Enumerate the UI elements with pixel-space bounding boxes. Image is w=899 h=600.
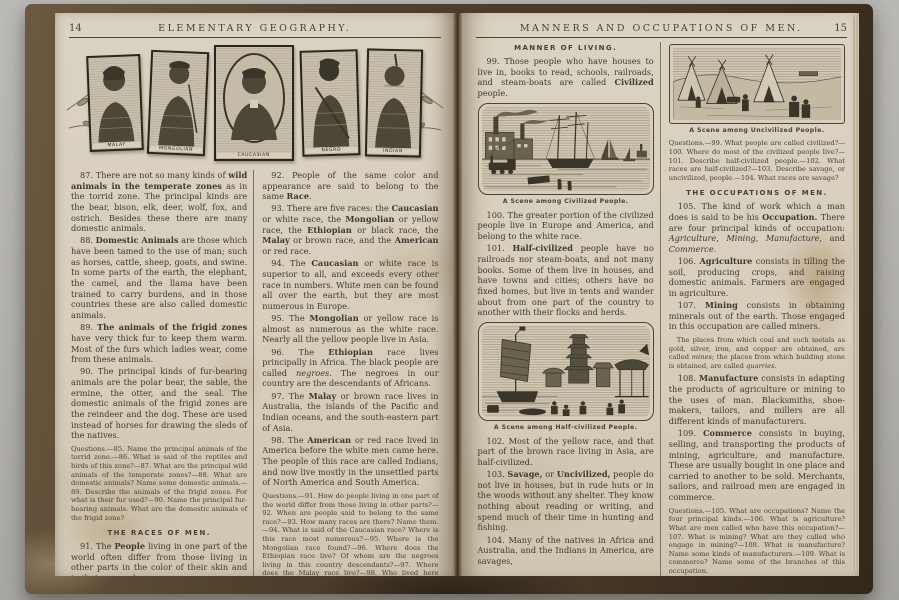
half-civilized-scene-icon <box>482 326 650 417</box>
civilized-scene-engraving: A Scene among Civilized People. <box>478 103 654 205</box>
indian-bust-icon <box>368 51 420 148</box>
paragraph-93: 93. There are five races: the Caucasian … <box>262 203 438 256</box>
uncivilized-scene-engraving: A Scene among Uncivilized People. <box>669 44 845 134</box>
open-pages: 14 ELEMENTARY GEOGRAPHY. <box>55 13 859 576</box>
paragraph-102: 102. Most of the yellow race, and that p… <box>478 436 654 468</box>
book-gutter <box>453 13 462 576</box>
paragraph-91: 91. The People living in one part of the… <box>71 541 247 576</box>
engraving-caption: A Scene among Civilized People. <box>478 198 654 205</box>
paragraph-108: 108. Manufacture consists in adapting th… <box>669 373 845 426</box>
left-column: MANNER OF LIVING. 99. Those people who h… <box>476 42 660 576</box>
header-rule <box>69 37 441 38</box>
paragraph-89: 89. The animals of the frigid zones have… <box>71 322 247 365</box>
portrait-card-negro: NEGRO <box>299 49 360 157</box>
portrait-label: MONGOLIAN <box>150 146 202 153</box>
page-number: 15 <box>817 23 847 34</box>
paragraph-106: 106. Agriculture consists in tilling the… <box>669 256 845 299</box>
running-head: ELEMENTARY GEOGRAPHY. <box>99 23 411 34</box>
running-head: MANNERS AND OCCUPATIONS OF MEN. <box>506 23 818 34</box>
portrait-label: INDIAN <box>368 148 418 154</box>
portrait-label: MALAY <box>92 142 140 149</box>
left-page-header: 14 ELEMENTARY GEOGRAPHY. <box>69 23 441 34</box>
right-page-columns: MANNER OF LIVING. 99. Those people who h… <box>476 42 848 576</box>
caucasian-bust-icon <box>217 48 291 152</box>
portrait-card-malay: MALAY <box>86 54 144 152</box>
right-column: A Scene among Uncivilized People. Questi… <box>660 42 847 576</box>
questions-manner-of-living: Questions.—99. What people are called ci… <box>669 139 845 182</box>
paragraph-103: 103. Savage, or Uncivilized, people do n… <box>478 469 654 533</box>
paragraph-95: 95. The Mongolian or yellow race is almo… <box>262 313 438 345</box>
left-page: 14 ELEMENTARY GEOGRAPHY. <box>55 13 453 576</box>
paragraph-97: 97. The Malay or brown race lives in Aus… <box>262 391 438 434</box>
mines-quarries-note: The places from which coal and such meta… <box>669 336 845 370</box>
portrait-cards: MALAY MONGOLIAN <box>69 42 441 164</box>
engraving-caption: A Scene among Uncivilized People. <box>669 127 845 134</box>
section-heading-occupations: THE OCCUPATIONS OF MEN. <box>669 189 845 197</box>
malay-bust-icon <box>89 57 140 143</box>
paragraph-90: 90. The principal kinds of fur-bearing a… <box>71 366 247 441</box>
header-rule <box>476 37 848 38</box>
section-heading-manner-of-living: MANNER OF LIVING. <box>478 44 654 52</box>
paragraph-92: 92. People of the same color and appeara… <box>262 170 438 202</box>
questions-animals: Questions.—85. Name the principal animal… <box>71 445 247 522</box>
paragraph-105: 105. The kind of work which a man does i… <box>669 201 845 254</box>
civilized-scene-icon <box>482 107 650 191</box>
races-engraving: MALAY MONGOLIAN <box>69 42 441 164</box>
portrait-label: NEGRO <box>305 147 357 153</box>
paragraph-88: 88. Domestic Animals are those which hav… <box>71 235 247 320</box>
negro-bust-icon <box>302 52 357 147</box>
portrait-card-mongolian: MONGOLIAN <box>147 50 209 156</box>
paragraph-96: 96. The Ethiopian race lives principally… <box>262 347 438 390</box>
portrait-card-caucasian: CAUCASIAN <box>214 45 294 161</box>
left-column: 87. There are not so many kinds of wild … <box>69 170 253 576</box>
mongolian-bust-icon <box>150 53 206 147</box>
section-heading-races-of-men: THE RACES OF MEN. <box>71 529 247 537</box>
paragraph-99: 99. Those people who have houses to live… <box>478 56 654 99</box>
paragraph-100: 100. The greater portion of the civilize… <box>478 210 654 242</box>
questions-races: Questions.—91. How do people living in o… <box>262 492 438 576</box>
middle-column: 92. People of the same color and appeara… <box>253 170 440 576</box>
page-number: 14 <box>69 23 99 34</box>
book-photo: 14 ELEMENTARY GEOGRAPHY. <box>25 4 873 594</box>
paragraph-104: 104. Many of the natives in Africa and A… <box>478 535 654 567</box>
portrait-label: CAUCASIAN <box>217 153 291 158</box>
paragraph-98: 98. The American or red race lived in Am… <box>262 435 438 488</box>
half-civilized-scene-engraving: A Scene among Half-civilized People. <box>478 322 654 431</box>
left-page-columns: 87. There are not so many kinds of wild … <box>69 170 441 576</box>
right-page: MANNERS AND OCCUPATIONS OF MEN. 15 MANNE… <box>462 13 860 576</box>
paragraph-107: 107. Mining consists in obtaining minera… <box>669 300 845 332</box>
engraving-caption: A Scene among Half-civilized People. <box>478 424 654 431</box>
paragraph-109: 109. Commerce consists in buying, sellin… <box>669 428 845 503</box>
paragraph-101: 101. Half-civilized people have no railr… <box>478 243 654 318</box>
questions-occupations: Questions.—105. What are occupations? Na… <box>669 507 845 576</box>
paragraph-94: 94. The Caucasian or white race is super… <box>262 258 438 311</box>
page-edges <box>852 17 859 570</box>
paragraph-87: 87. There are not so many kinds of wild … <box>71 170 247 234</box>
uncivilized-scene-icon <box>673 48 841 120</box>
right-page-header: MANNERS AND OCCUPATIONS OF MEN. 15 <box>476 23 848 34</box>
portrait-card-indian: INDIAN <box>365 48 423 157</box>
